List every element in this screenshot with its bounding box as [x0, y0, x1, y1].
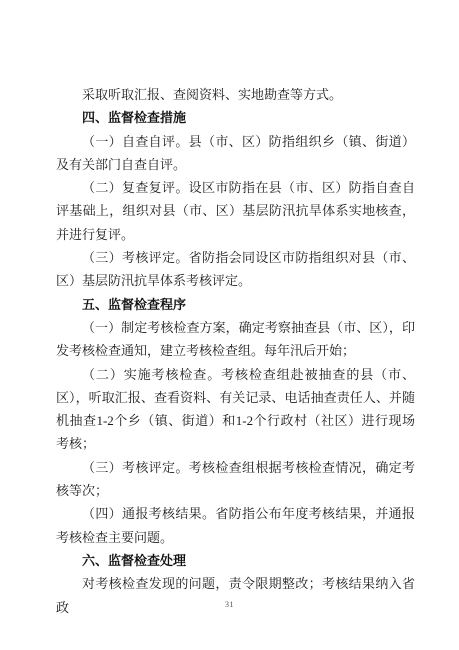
body-paragraph: （二）实施考核检查。考核检查组赴被抽查的县（市、区），听取汇报、查看资料、有关记… [56, 363, 415, 456]
body-paragraph: （三）考核评定。考核检查组根据考核检查情况，确定考核等次； [56, 456, 415, 503]
body-paragraph: （二）复查复评。设区市防指在县（市、区）防指自查自评基础上，组织对县（市、区）基… [56, 176, 415, 246]
body-paragraph: 采取听取汇报、查阅资料、实地勘查等方式。 [56, 83, 415, 106]
document-page: 采取听取汇报、查阅资料、实地勘查等方式。四、监督检查措施（一）自查自评。县（市、… [0, 0, 459, 650]
page-background: { "colors": { "background": "#ffffff", "… [0, 0, 459, 650]
page-footer: 31 [0, 594, 459, 612]
document-body: 采取听取汇报、查阅资料、实地勘查等方式。四、监督检查措施（一）自查自评。县（市、… [56, 83, 415, 619]
section-heading: 五、监督检查程序 [56, 293, 415, 316]
section-heading: 六、监督检查处理 [56, 549, 415, 572]
body-paragraph: （三）考核评定。省防指会同设区市防指组织对县（市、区）基层防汛抗旱体系考核评定。 [56, 246, 415, 293]
page-number: 31 [225, 600, 234, 609]
body-paragraph: （四）通报考核结果。省防指公布年度考核结果，并通报考核检查主要问题。 [56, 502, 415, 549]
body-paragraph: （一）自查自评。县（市、区）防指组织乡（镇、街道）及有关部门自查自评。 [56, 130, 415, 177]
body-paragraph: （一）制定考核检查方案，确定考察抽查县（市、区），印发考核检查通知，建立考核检查… [56, 316, 415, 363]
section-heading: 四、监督检查措施 [56, 106, 415, 129]
